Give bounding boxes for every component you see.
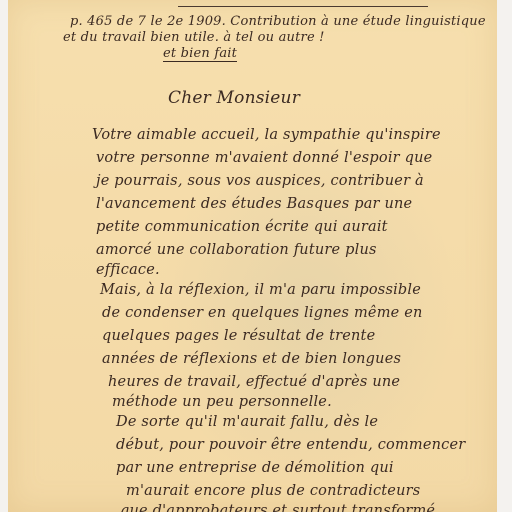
body-line-14: De sorte qu'il m'aurait fallu, dès le: [116, 414, 378, 430]
body-line-15: début, pour pouvoir être entendu, commen…: [116, 437, 465, 453]
body-line-10: quelques pages le résultat de trente: [102, 328, 375, 344]
header-note-line-3: et bien fait: [163, 46, 237, 62]
letter-page: p. 465 de 7 le 2e 1909. Contribution à u…: [8, 0, 497, 512]
body-line-17: m'aurait encore plus de contradicteurs: [126, 483, 420, 499]
body-line-6: amorcé une collaboration future plus: [96, 242, 377, 258]
body-line-11: années de réflexions et de bien longues: [102, 351, 401, 367]
body-line-16: par une entreprise de démolition qui: [116, 460, 394, 476]
header-rule: [178, 0, 428, 7]
body-line-2: votre personne m'avaient donné l'espoir …: [96, 150, 432, 166]
body-line-5: petite communication écrite qui aurait: [96, 219, 388, 235]
body-line-3: je pourrais, sous vos auspices, contribu…: [96, 173, 424, 189]
salutation: Cher Monsieur: [168, 88, 300, 108]
body-line-7: efficace.: [96, 262, 160, 278]
body-line-4: l'avancement des études Basques par une: [96, 196, 412, 212]
body-line-18: que d'approbateurs et surtout transformé: [120, 503, 435, 512]
body-line-9: de condenser en quelques lignes même en: [102, 305, 423, 321]
header-note-line-1: p. 465 de 7 le 2e 1909. Contribution à u…: [70, 14, 486, 29]
body-line-13: méthode un peu personnelle.: [112, 394, 332, 410]
body-line-1: Votre aimable accueil, la sympathie qu'i…: [92, 127, 441, 143]
body-line-8: Mais, à la réflexion, il m'a paru imposs…: [100, 282, 421, 298]
body-line-12: heures de travail, effectué d'après une: [108, 374, 400, 390]
header-note-line-2: et du travail bien utile. à tel ou autre…: [63, 30, 325, 45]
